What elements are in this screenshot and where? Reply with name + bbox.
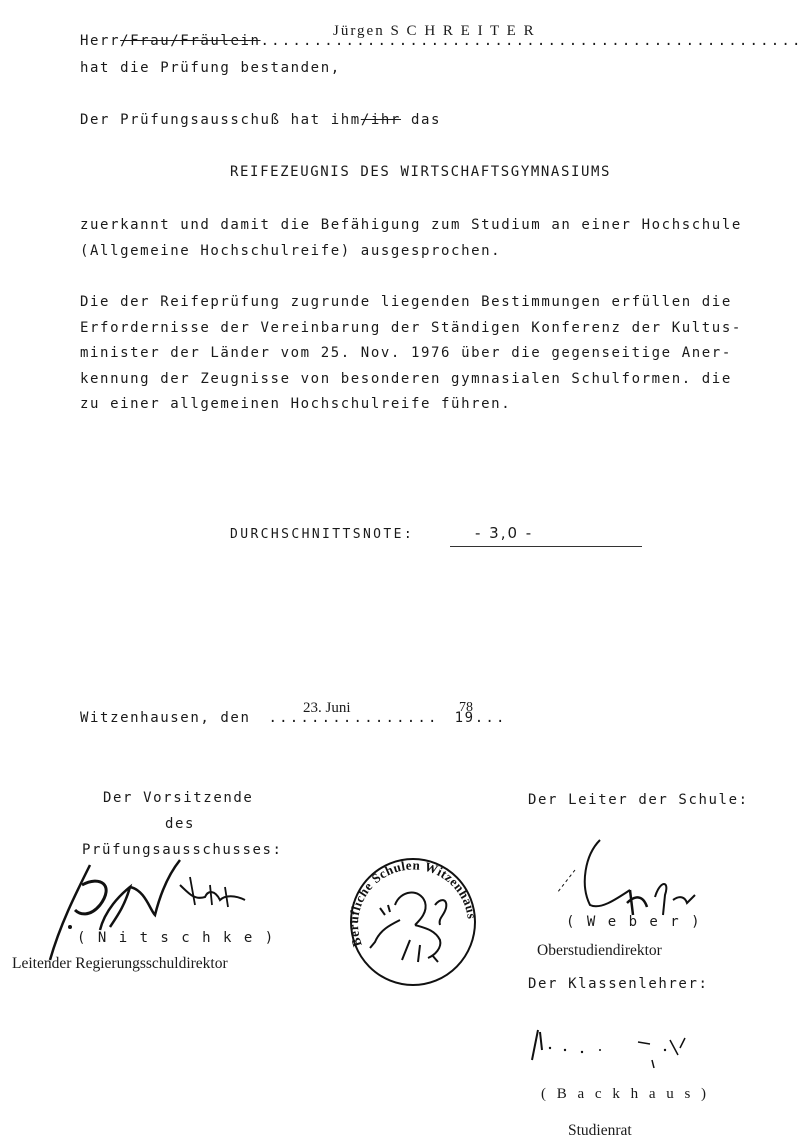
- legal-paragraph: Die der Reifeprüfung zugrunde liegenden …: [80, 290, 780, 418]
- award-paragraph: zuerkannt und damit die Befähigung zum S…: [80, 213, 780, 264]
- class-teacher-signature: [520, 1020, 690, 1070]
- passed-line: hat die Prüfung bestanden,: [80, 60, 341, 76]
- date-dotted-line: ................: [269, 710, 439, 726]
- stamp-text: Berufliche Schulen Witzenhausen: [340, 850, 480, 949]
- class-teacher-title: Der Klassenlehrer:: [528, 976, 709, 992]
- legal-line: kennung der Zeugnisse von besonderen gym…: [80, 367, 780, 393]
- committee-struck: /ihr: [361, 112, 401, 128]
- principal-signature: [555, 835, 755, 925]
- salutation-herr: Herr: [80, 33, 120, 49]
- class-teacher-name: ( B a c k h a u s ): [541, 1086, 710, 1103]
- date-day-month: 23. Juni: [303, 700, 351, 717]
- principal-rank: Oberstudiendirektor: [537, 942, 662, 960]
- grade-label: DURCHSCHNITTSNOTE:: [230, 527, 414, 542]
- award-line: (Allgemeine Hochschulreife) ausgesproche…: [80, 239, 780, 265]
- school-stamp: Berufliche Schulen Witzenhausen: [340, 850, 485, 990]
- grade-value: - 3,0 -: [475, 524, 533, 542]
- committee-suffix: das: [401, 112, 441, 128]
- date-year: 78: [459, 700, 473, 716]
- committee-line: Der Prüfungsausschuß hat ihm/ihr das: [80, 112, 441, 128]
- chair-title-1: Der Vorsitzende: [103, 790, 253, 806]
- certificate-title: REIFEZEUGNIS DES WIRTSCHAFTSGYMNASIUMS: [230, 164, 611, 180]
- legal-line: minister der Länder vom 25. Nov. 1976 üb…: [80, 341, 780, 367]
- svg-text:Berufliche Schulen Witzenhause: Berufliche Schulen Witzenhausen: [340, 850, 480, 949]
- grade-field: - 3,0 -: [450, 522, 642, 547]
- legal-line: zu einer allgemeinen Hochschulreife führ…: [80, 392, 780, 418]
- lion-icon: [370, 893, 446, 962]
- chair-rank: Leitender Regierungsschuldirektor: [12, 955, 228, 973]
- legal-line: Die der Reifeprüfung zugrunde liegenden …: [80, 290, 780, 316]
- candidate-name: Jürgen S C H R E I T E R: [333, 23, 536, 40]
- committee-prefix: Der Prüfungsausschuß hat ihm: [80, 112, 361, 128]
- award-line: zuerkannt und damit die Befähigung zum S…: [80, 213, 780, 239]
- stamp-graphic: Berufliche Schulen Witzenhausen: [340, 850, 485, 990]
- salutation-struck: /Frau/Fräulein: [120, 33, 260, 49]
- place-date-line: Witzenhausen, den ................ 19...: [80, 710, 507, 726]
- year-dotted-line: ...: [475, 710, 507, 726]
- class-teacher-rank: Studienrat: [568, 1122, 632, 1140]
- chair-signature: [30, 855, 270, 965]
- principal-title: Der Leiter der Schule:: [528, 792, 749, 808]
- chair-title-2: des: [165, 816, 195, 832]
- chair-name: ( N i t s c h k e ): [77, 930, 275, 946]
- place-prefix: Witzenhausen, den: [80, 710, 251, 726]
- principal-name: ( W e b e r ): [566, 914, 702, 930]
- legal-line: Erfordernisse der Vereinbarung der Ständ…: [80, 316, 780, 342]
